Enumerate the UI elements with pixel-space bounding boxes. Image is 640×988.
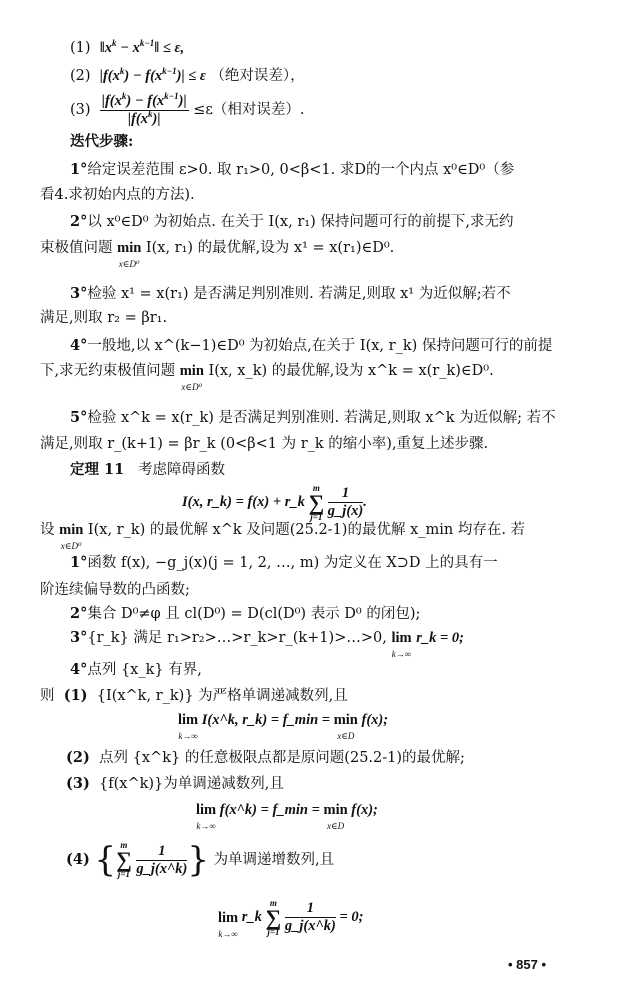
result-3: (3) {f(x^k)}为单调递减数列,且 bbox=[66, 774, 284, 794]
lim-operator: limk→∞ bbox=[218, 896, 238, 940]
result-id: (2) bbox=[66, 749, 90, 766]
steps-heading: 迭代步骤: bbox=[70, 132, 133, 152]
summation-symbol: m∑j=1 bbox=[116, 841, 132, 879]
condition-4: 4°点列 {x_k} 有界, bbox=[70, 660, 202, 680]
condition-text: 点列 {x_k} 有界, bbox=[87, 662, 202, 678]
summation-symbol: m∑j=1 bbox=[266, 899, 282, 937]
step-text: 一般地,以 x^(k−1)∈D⁰ 为初始点,在关于 I(x, r_k) 保持问题… bbox=[87, 338, 552, 354]
result-id: (3) bbox=[66, 775, 90, 792]
condition-id: 1° bbox=[70, 554, 87, 571]
result-4: (4) {m∑j=1 1g_j(x^k)} 为单调递增数列,且 bbox=[66, 838, 334, 882]
condition-1-line-1: 1°函数 f(x), −g_j(x)(j = 1, 2, …, m) 为定义在 … bbox=[70, 553, 498, 573]
step-4-line-1: 4°一般地,以 x^(k−1)∈D⁰ 为初始点,在关于 I(x, r_k) 保持… bbox=[70, 336, 552, 356]
result-text: 为单调递增数列,且 bbox=[214, 852, 335, 868]
step-text: 检验 x¹ = x(r₁) 是否满足判别准则. 若满足,则取 x¹ 为近似解;若… bbox=[87, 286, 510, 302]
step-id: 4° bbox=[70, 337, 87, 354]
result-id: (1) bbox=[64, 687, 88, 704]
result-4-formula: limk→∞ r_k m∑j=1 1g_j(x^k) = 0; bbox=[218, 895, 363, 940]
min-operator: minx∈D bbox=[324, 800, 348, 820]
step-3-line-1: 3°检验 x¹ = x(r₁) 是否满足判别准则. 若满足,则取 x¹ 为近似解… bbox=[70, 284, 511, 304]
result-text: {I(x^k, r_k)} 为严格单调递减数列,且 bbox=[97, 688, 348, 704]
condition-id: 4° bbox=[70, 661, 87, 678]
step-text: I(x, r₁) 的最优解,设为 x¹ = x(r₁)∈D⁰. bbox=[146, 240, 394, 256]
result-id: (4) bbox=[66, 851, 90, 868]
summation-symbol: m∑j=1 bbox=[308, 484, 324, 522]
lim-operator: limk→∞ bbox=[196, 800, 216, 820]
condition-text: {r_k} 满足 r₁>r₂>…>r_k>r_(k+1)>…>0, bbox=[87, 630, 386, 646]
formula-fraction: 1g_j(x) bbox=[328, 485, 363, 520]
assumption-text: I(x, r_k) 的最优解 x^k 及问题(25.2-1)的最优解 x_min… bbox=[88, 522, 525, 538]
criterion-expression: |f(xk) − f(xk−1)| ≤ ε bbox=[100, 68, 206, 84]
result-2: (2) 点列 {x^k} 的任意极限点都是原问题(25.2-1)的最优解; bbox=[66, 748, 465, 768]
condition-id: 2° bbox=[70, 605, 87, 622]
condition-text: 集合 D⁰≠φ 且 cl(D⁰) = D(cl(D⁰) 表示 D⁰ 的闭包); bbox=[87, 606, 420, 622]
result-1: 则 (1) {I(x^k, r_k)} 为严格单调递减数列,且 bbox=[40, 686, 348, 706]
step-text: 下,求无约束极值问题 bbox=[40, 363, 175, 379]
step-text: 给定误差范围 ε>0. 取 r₁>0, 0<β<1. 求D的一个内点 x⁰∈D⁰… bbox=[87, 162, 514, 178]
criterion-note: （绝对误差）， bbox=[210, 68, 304, 84]
criterion-label: (1) bbox=[70, 40, 91, 56]
right-brace: } bbox=[187, 840, 209, 880]
step-text: 检验 x^k = x(r_k) 是否满足判别准则. 若满足,则取 x^k 为近似… bbox=[87, 410, 555, 426]
criterion-label: (3) bbox=[70, 102, 91, 118]
page-number: • 857 • bbox=[508, 955, 546, 975]
min-operator: minx∈D⁰ bbox=[59, 520, 83, 540]
result-text: {f(x^k)}为单调递减数列,且 bbox=[99, 776, 284, 792]
step-4-line-2: 下,求无约束极值问题 minx∈D⁰ I(x, x_k) 的最优解,设为 x^k… bbox=[40, 361, 494, 381]
criterion-3: (3) |f(xk) − f(xk−1)| |f(xk)| ≤ε（相对误差）. bbox=[70, 92, 305, 128]
criterion-label: (2) bbox=[70, 68, 91, 84]
lim-operator: limk→∞ bbox=[391, 628, 411, 648]
step-3-line-2: 满足,则取 r₂ = βr₁. bbox=[40, 308, 167, 328]
condition-1-line-2: 阶连续偏导数的凸函数; bbox=[40, 580, 190, 600]
step-5-line-1: 5°检验 x^k = x(r_k) 是否满足判别准则. 若满足,则取 x^k 为… bbox=[70, 408, 556, 428]
lim-operator: limk→∞ bbox=[178, 710, 198, 730]
step-text: 以 x⁰∈D⁰ 为初始点. 在关于 I(x, r₁) 保持问题可行的前提下,求无… bbox=[87, 214, 513, 230]
step-text: 束极值问题 bbox=[40, 240, 113, 256]
assumption-text: 设 bbox=[40, 522, 55, 538]
theorem-heading: 定理 11 考虑障碍函数 bbox=[70, 460, 225, 480]
min-operator: minx∈D bbox=[334, 710, 358, 730]
then-label: 则 bbox=[40, 688, 55, 704]
relative-error-fraction: |f(xk) − f(xk−1)| |f(xk)| bbox=[100, 93, 189, 128]
step-id: 3° bbox=[70, 285, 87, 302]
condition-2: 2°集合 D⁰≠φ 且 cl(D⁰) = D(cl(D⁰) 表示 D⁰ 的闭包)… bbox=[70, 604, 420, 624]
theorem-intro: 考虑障碍函数 bbox=[138, 462, 225, 478]
criterion-expression: ‖xk − xk−1‖ ≤ ε, bbox=[100, 40, 184, 56]
result-3-formula: limk→∞ f(x^k) = f_min = minx∈D f(x); bbox=[196, 800, 378, 820]
step-text: I(x, x_k) 的最优解,设为 x^k = x(r_k)∈D⁰. bbox=[209, 363, 494, 379]
result-text: 点列 {x^k} 的任意极限点都是原问题(25.2-1)的最优解; bbox=[99, 750, 465, 766]
result-fraction: 1g_j(x^k) bbox=[285, 900, 336, 935]
barrier-function-formula: I(x, r_k) = f(x) + r_k m∑j=1 1g_j(x). bbox=[182, 480, 367, 524]
step-1-line-1: 1°给定误差范围 ε>0. 取 r₁>0, 0<β<1. 求D的一个内点 x⁰∈… bbox=[70, 160, 514, 180]
criterion-1: (1) ‖xk − xk−1‖ ≤ ε, bbox=[70, 38, 184, 58]
step-2-line-2: 束极值问题 minx∈D⁰ I(x, r₁) 的最优解,设为 x¹ = x(r₁… bbox=[40, 238, 394, 258]
left-brace: { bbox=[94, 840, 116, 880]
min-operator: minx∈D⁰ bbox=[117, 238, 141, 258]
min-operator: minx∈D⁰ bbox=[180, 361, 204, 381]
step-id: 2° bbox=[70, 213, 87, 230]
step-1-line-2: 看4.求初始内点的方法). bbox=[40, 185, 195, 205]
condition-text: 函数 f(x), −g_j(x)(j = 1, 2, …, m) 为定义在 X⊃… bbox=[87, 555, 497, 571]
step-id: 5° bbox=[70, 409, 87, 426]
condition-id: 3° bbox=[70, 629, 87, 646]
criterion-note: ≤ε（相对误差）. bbox=[193, 102, 304, 118]
theorem-assumption: 设 minx∈D⁰ I(x, r_k) 的最优解 x^k 及问题(25.2-1)… bbox=[40, 520, 525, 540]
condition-3: 3°{r_k} 满足 r₁>r₂>…>r_k>r_(k+1)>…>0, limk… bbox=[70, 628, 464, 648]
criterion-2: (2) |f(xk) − f(xk−1)| ≤ ε （绝对误差）， bbox=[70, 66, 305, 86]
result-fraction: 1g_j(x^k) bbox=[136, 843, 187, 878]
step-2-line-1: 2°以 x⁰∈D⁰ 为初始点. 在关于 I(x, r₁) 保持问题可行的前提下,… bbox=[70, 212, 513, 232]
condition-text: r_k = 0; bbox=[416, 630, 464, 646]
step-id: 1° bbox=[70, 161, 87, 178]
step-5-line-2: 满足,则取 r_(k+1) = βr_k (0<β<1 为 r_k 的缩小率),… bbox=[40, 434, 488, 454]
result-1-formula: limk→∞ I(x^k, r_k) = f_min = minx∈D f(x)… bbox=[178, 710, 388, 730]
theorem-title: 定理 11 bbox=[70, 461, 124, 478]
formula-lhs: I(x, r_k) = f(x) + r_k bbox=[182, 494, 305, 510]
